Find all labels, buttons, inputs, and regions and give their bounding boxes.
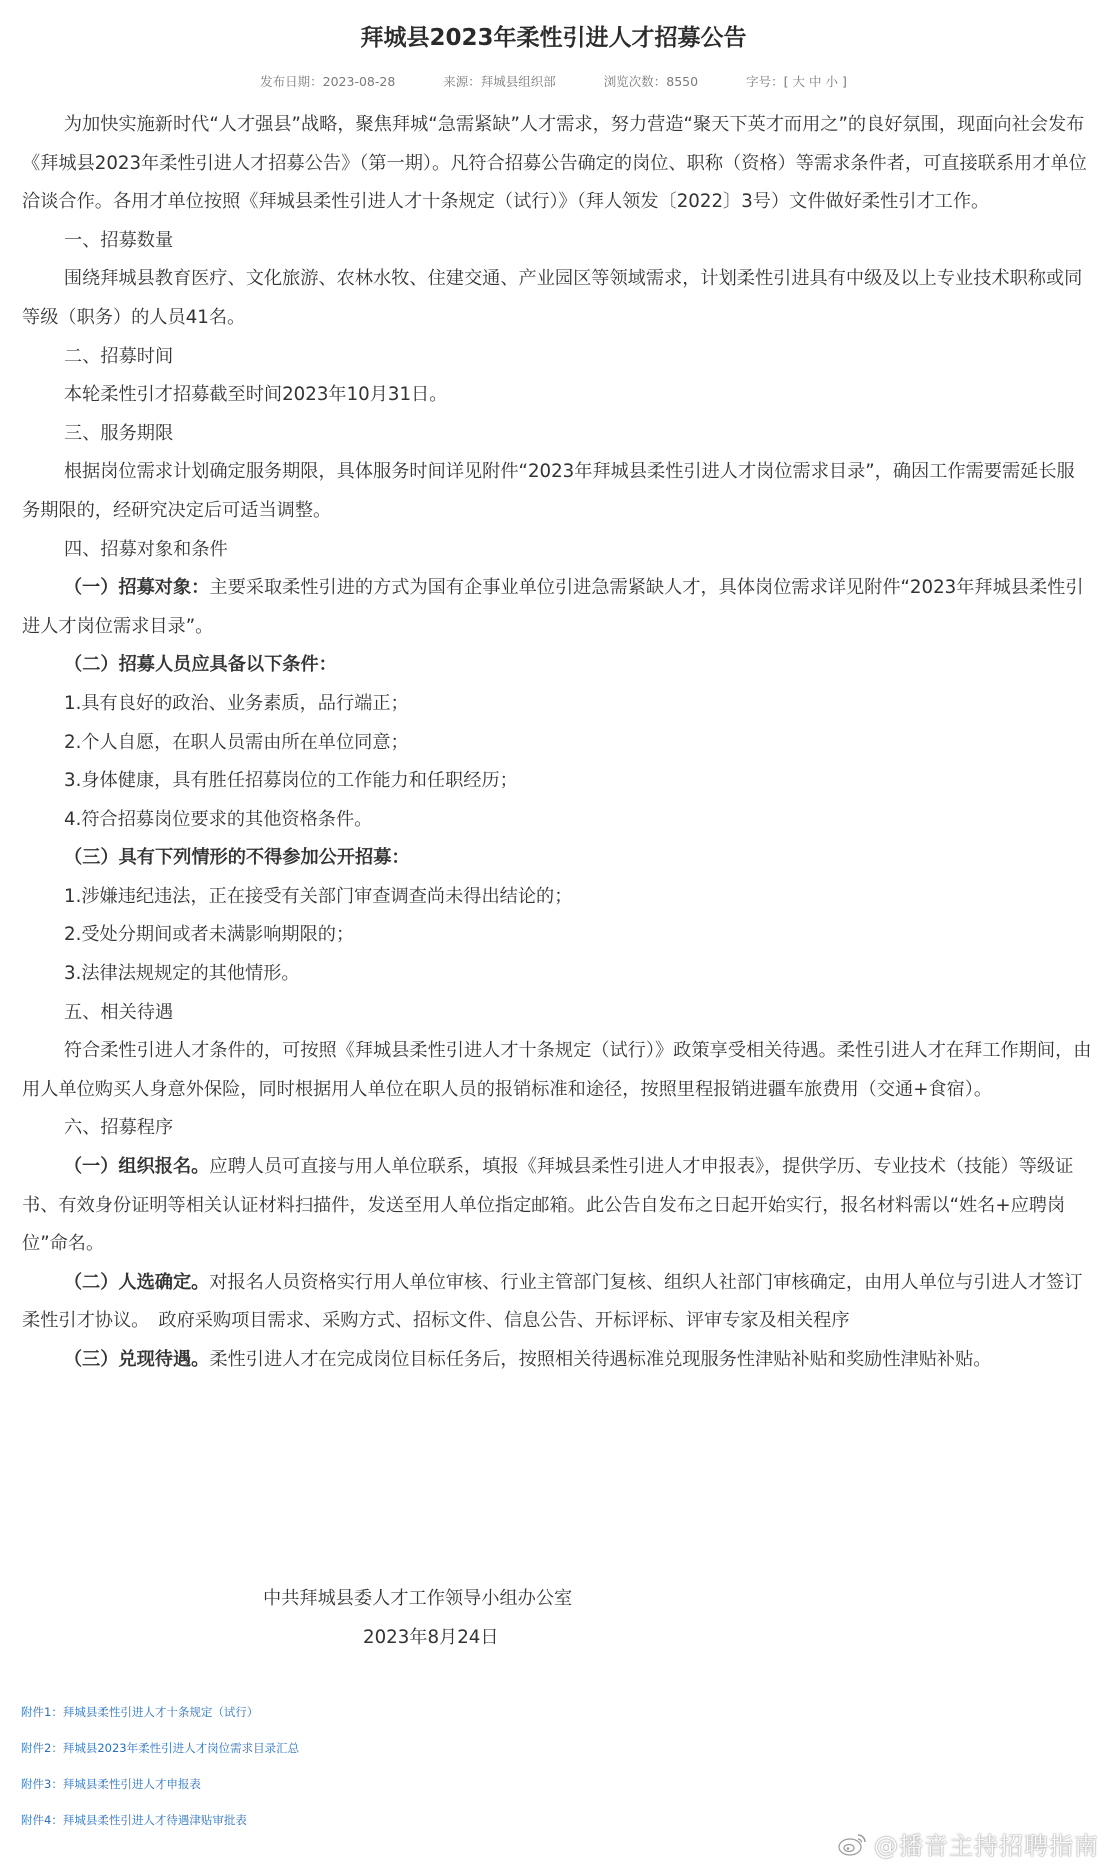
subsection-label: （一）组织报名。 [64,1156,210,1177]
publish-date: 发布日期：2023-08-28 [260,72,395,92]
font-size-medium-button[interactable]: 中 [809,74,822,89]
subsection-label: （二）人选确定。 [64,1272,210,1293]
subsection-body: 柔性引进人才在完成岗位目标任务后，按照相关待遇标准兑现服务性津贴补贴和奖励性津贴… [209,1349,991,1370]
page-title: 拜城县2023年柔性引进人才招募公告 [0,20,1107,56]
section-heading: 四、招募对象和条件 [22,531,1092,570]
font-size-small-button[interactable]: 小 [825,74,838,89]
watermark: @播音主持招聘指南 [838,1826,1099,1861]
section-heading: 三、服务期限 [22,415,1092,454]
subsection-heading: （三）具有下列情形的不得参加公开招募： [22,839,1092,878]
signature-date: 2023年8月24日 [363,1619,499,1658]
attachment-link-4[interactable]: 附件4：拜城县柔性引进人才待遇津贴审批表 [21,1810,299,1830]
section-heading: 六、招募程序 [22,1109,1092,1148]
attachment-link-2[interactable]: 附件2：拜城县2023年柔性引进人才岗位需求目录汇总 [21,1738,299,1758]
list-item: 3.身体健康，具有胜任招募岗位的工作能力和任职经历； [22,762,1092,801]
font-size-controls: 字号：[ 大 中 小 ] [746,72,847,92]
subsection-label: （三）兑现待遇。 [64,1349,210,1370]
subsection-label: （一）招募对象： [64,577,210,598]
signature-org: 中共拜城县委人才工作领导小组办公室 [263,1580,572,1619]
subsection-paragraph: （一）组织报名。应聘人员可直接与用人单位联系，填报《拜城县柔性引进人才申报表》，… [22,1148,1092,1264]
watermark-text: @播音主持招聘指南 [874,1826,1099,1861]
list-item: 4.符合招募岗位要求的其他资格条件。 [22,801,1092,840]
section-body: 本轮柔性引才招募截至时间2023年10月31日。 [22,376,1092,415]
attachment-link-1[interactable]: 附件1：拜城县柔性引进人才十条规定（试行） [21,1702,299,1722]
attachment-list: 附件1：拜城县柔性引进人才十条规定（试行） 附件2：拜城县2023年柔性引进人才… [21,1702,299,1846]
list-item: 1.涉嫌违纪违法，正在接受有关部门审查调查尚未得出结论的； [22,878,1092,917]
section-body: 根据岗位需求计划确定服务期限，具体服务时间详见附件“2023年拜城县柔性引进人才… [22,453,1092,530]
section-heading: 二、招募时间 [22,338,1092,377]
article-body: 为加快实施新时代“人才强县”战略，聚焦拜城“急需紧缺”人才需求，努力营造“聚天下… [22,106,1092,1380]
font-size-label: 字号：[ [746,74,788,89]
subsection-heading: （二）招募人员应具备以下条件： [22,646,1092,685]
list-item: 2.受处分期间或者未满影响期限的； [22,916,1092,955]
list-item: 1.具有良好的政治、业务素质，品行端正； [22,685,1092,724]
section-heading: 五、相关待遇 [22,994,1092,1033]
list-item: 3.法律法规规定的其他情形。 [22,955,1092,994]
source: 来源：拜城县组织部 [443,72,556,92]
subsection-paragraph: （二）人选确定。对报名人员资格实行用人单位审核、行业主管部门复核、组织人社部门审… [22,1264,1092,1341]
section-body: 围绕拜城县教育医疗、文化旅游、农林水牧、住建交通、产业园区等领域需求，计划柔性引… [22,260,1092,337]
list-item: 2.个人自愿，在职人员需由所在单位同意； [22,724,1092,763]
section-heading: 一、招募数量 [22,222,1092,261]
subsection-paragraph: （一）招募对象：主要采取柔性引进的方式为国有企事业单位引进急需紧缺人才，具体岗位… [22,569,1092,646]
section-body: 符合柔性引进人才条件的，可按照《拜城县柔性引进人才十条规定（试行）》政策享受相关… [22,1032,1092,1109]
view-count: 浏览次数：8550 [604,72,698,92]
attachment-link-3[interactable]: 附件3：拜城县柔性引进人才申报表 [21,1774,299,1794]
article-meta: 发布日期：2023-08-28 来源：拜城县组织部 浏览次数：8550 字号：[… [0,72,1107,92]
subsection-paragraph: （三）兑现待遇。柔性引进人才在完成岗位目标任务后，按照相关待遇标准兑现服务性津贴… [22,1341,1092,1380]
font-size-large-button[interactable]: 大 [792,74,805,89]
font-size-bracket: ] [842,74,847,89]
intro-paragraph: 为加快实施新时代“人才强县”战略，聚焦拜城“急需紧缺”人才需求，努力营造“聚天下… [22,106,1092,222]
weibo-icon [838,1831,868,1857]
